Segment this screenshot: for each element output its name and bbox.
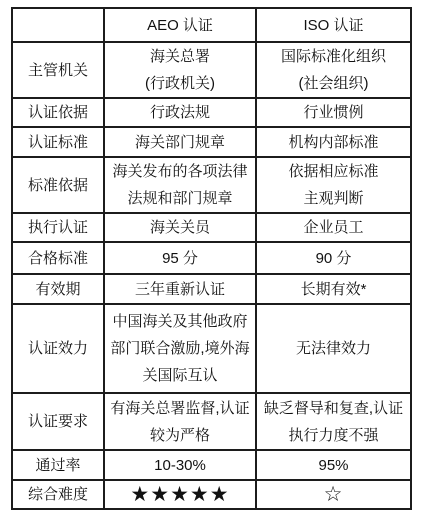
- aeo-cell: 海关部门规章: [104, 127, 256, 157]
- row-label: 有效期: [12, 274, 104, 304]
- table-row: 主管机关 海关总署 (行政机关) 国际标准化组织 (社会组织): [12, 42, 411, 98]
- aeo-cell: 有海关总署监督,认证 较为严格: [104, 393, 256, 450]
- iso-cell: 缺乏督导和复查,认证 执行力度不强: [256, 393, 411, 450]
- row-label: 合格标准: [12, 242, 104, 274]
- table-row: 综合难度 ★★★★★ ☆: [12, 480, 411, 509]
- aeo-cell: 10-30%: [104, 450, 256, 480]
- comparison-table-container: AEO 认证 ISO 认证 主管机关 海关总署 (行政机关) 国际标准化组织 (…: [11, 7, 412, 510]
- aeo-cell: 95 分: [104, 242, 256, 274]
- aeo-cell: 海关关员: [104, 213, 256, 242]
- aeo-cell: 中国海关及其他政府 部门联合激励,境外海 关国际互认: [104, 304, 256, 393]
- difficulty-stars-aeo: ★★★★★: [104, 480, 256, 509]
- table-row: 执行认证 海关关员 企业员工: [12, 213, 411, 242]
- table-row: 通过率 10-30% 95%: [12, 450, 411, 480]
- aeo-cell: 行政法规: [104, 98, 256, 127]
- row-label: 认证依据: [12, 98, 104, 127]
- row-label: 执行认证: [12, 213, 104, 242]
- iso-cell: 企业员工: [256, 213, 411, 242]
- iso-cell: 依据相应标准 主观判断: [256, 157, 411, 213]
- table-row: 合格标准 95 分 90 分: [12, 242, 411, 274]
- row-label: 认证要求: [12, 393, 104, 450]
- table-row: 认证依据 行政法规 行业惯例: [12, 98, 411, 127]
- table-row: 认证要求 有海关总署监督,认证 较为严格 缺乏督导和复查,认证 执行力度不强: [12, 393, 411, 450]
- iso-cell: 行业惯例: [256, 98, 411, 127]
- row-label: 主管机关: [12, 42, 104, 98]
- row-label: 标准依据: [12, 157, 104, 213]
- row-label: 综合难度: [12, 480, 104, 509]
- iso-cell: 机构内部标准: [256, 127, 411, 157]
- corner-cell: [12, 8, 104, 42]
- column-header-iso: ISO 认证: [256, 8, 411, 42]
- iso-cell: 国际标准化组织 (社会组织): [256, 42, 411, 98]
- iso-cell: 95%: [256, 450, 411, 480]
- row-label: 通过率: [12, 450, 104, 480]
- aeo-cell: 海关发布的各项法律 法规和部门规章: [104, 157, 256, 213]
- column-header-aeo: AEO 认证: [104, 8, 256, 42]
- row-label: 认证效力: [12, 304, 104, 393]
- table-row: 有效期 三年重新认证 长期有效*: [12, 274, 411, 304]
- row-label: 认证标准: [12, 127, 104, 157]
- aeo-cell: 三年重新认证: [104, 274, 256, 304]
- aeo-cell: 海关总署 (行政机关): [104, 42, 256, 98]
- iso-cell: 长期有效*: [256, 274, 411, 304]
- table-row: 标准依据 海关发布的各项法律 法规和部门规章 依据相应标准 主观判断: [12, 157, 411, 213]
- iso-cell: 90 分: [256, 242, 411, 274]
- comparison-table: AEO 认证 ISO 认证 主管机关 海关总署 (行政机关) 国际标准化组织 (…: [11, 7, 412, 510]
- table-header-row: AEO 认证 ISO 认证: [12, 8, 411, 42]
- table-row: 认证效力 中国海关及其他政府 部门联合激励,境外海 关国际互认 无法律效力: [12, 304, 411, 393]
- table-row: 认证标准 海关部门规章 机构内部标准: [12, 127, 411, 157]
- iso-cell: 无法律效力: [256, 304, 411, 393]
- difficulty-stars-iso: ☆: [256, 480, 411, 509]
